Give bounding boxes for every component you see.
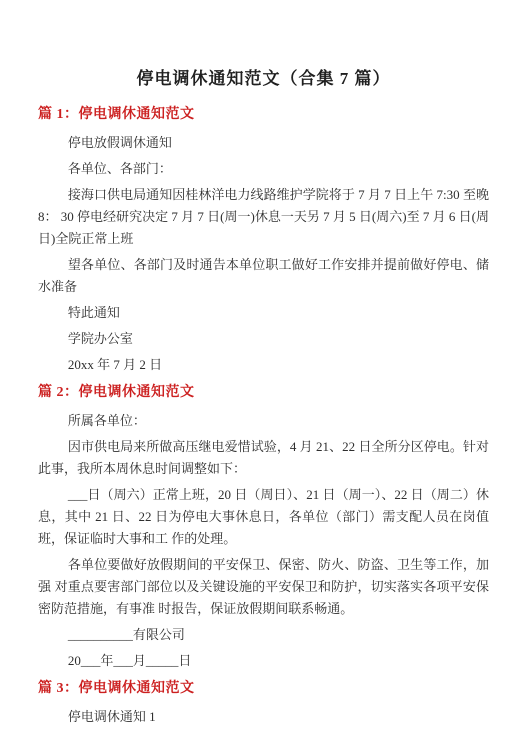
paragraph: 各单位要做好放假期间的平安保卫、保密、防火、防盗、卫生等工作，加强 对重点要害部… [38, 554, 489, 620]
paragraph: 接海口供电局通知因桂林洋电力线路维护学院将于 7 月 7 日上午 7:30 至晚… [38, 184, 489, 250]
paragraph: 所属各单位： [38, 410, 489, 432]
paragraph: 望各单位、各部门及时通告本单位职工做好工作安排并提前做好停电、储水准备 [38, 254, 489, 298]
paragraph: __________有限公司 [38, 624, 489, 646]
paragraph: 20xx 年 7 月 2 日 [38, 354, 489, 376]
section-1-heading: 篇 1：停电调休通知范文 [38, 105, 489, 125]
paragraph: 因市供电局来所做高压继电爱惜试验，4 月 21、22 日全所分区停电。针对此事，… [38, 436, 489, 480]
paragraph: 特此通知 [38, 302, 489, 324]
paragraph: 20___年___月_____日 [38, 650, 489, 672]
paragraph: 停电调休通知 1 [38, 706, 489, 728]
document-page: 停电调休通知范文（合集 7 篇） 篇 1：停电调休通知范文 停电放假调休通知 各… [0, 0, 520, 735]
paragraph: 停电放假调休通知 [38, 132, 489, 154]
paragraph: ___日（周六）正常上班，20 日（周日）、21 日（周一）、22 日（周二）休… [38, 484, 489, 550]
document-title: 停电调休通知范文（合集 7 篇） [38, 66, 489, 92]
section-3-heading: 篇 3：停电调休通知范文 [38, 679, 489, 699]
paragraph: 各单位、各部门： [38, 158, 489, 180]
section-2-heading: 篇 2：停电调休通知范文 [38, 383, 489, 403]
paragraph: 学院办公室 [38, 328, 489, 350]
